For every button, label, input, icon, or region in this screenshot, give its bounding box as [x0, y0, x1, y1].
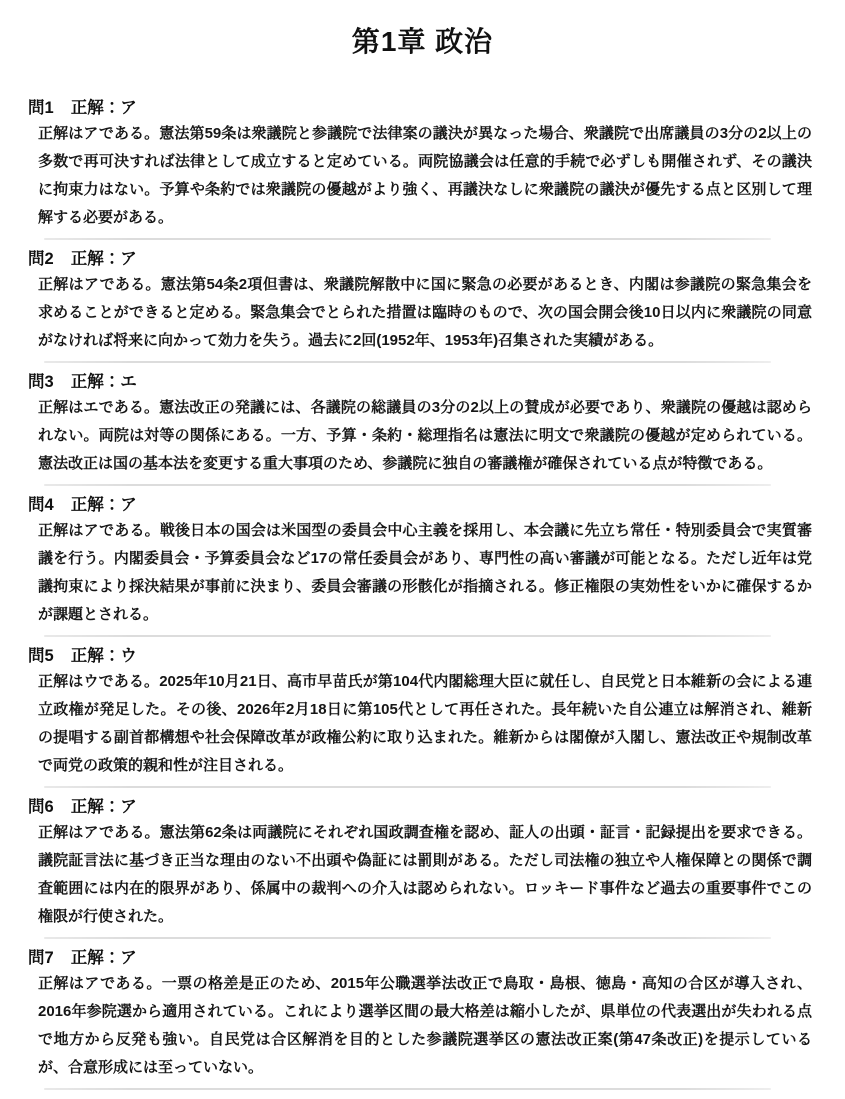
answer-label: 正解：ア — [71, 496, 137, 514]
answer-label: 正解：エ — [71, 373, 137, 391]
explanation-text: 正解はアである。戦後日本の国会は米国型の委員会中心主義を採用し、本会議に先立ち常… — [38, 517, 812, 629]
question-block-1: 問1正解：ア 正解はアである。憲法第59条は衆議院と参議院で法律案の議決が異なっ… — [0, 98, 845, 240]
section-divider — [44, 635, 771, 637]
question-header: 問4正解：ア — [28, 495, 845, 515]
question-number: 問6 — [28, 798, 54, 816]
question-block-5: 問5正解：ウ 正解はウである。2025年10月21日、高市早苗氏が第104代内閣… — [0, 646, 845, 788]
question-block-7: 問7正解：ア 正解はアである。一票の格差是正のため、2015年公職選挙法改正で鳥… — [0, 948, 845, 1090]
explanation-text: 正解はエである。憲法改正の発議には、各議院の総議員の3分の2以上の賛成が必要であ… — [38, 394, 812, 478]
question-header: 問1正解：ア — [28, 98, 845, 118]
section-divider — [44, 1088, 771, 1090]
answer-label: 正解：ア — [71, 99, 137, 117]
explanation-text: 正解はアである。憲法第62条は両議院にそれぞれ国政調査権を認め、証人の出頭・証言… — [38, 819, 812, 931]
question-block-2: 問2正解：ア 正解はアである。憲法第54条2項但書は、衆議院解散中に国に緊急の必… — [0, 249, 845, 363]
section-divider — [44, 361, 771, 363]
section-divider — [44, 937, 771, 939]
section-divider — [44, 238, 771, 240]
question-header: 問3正解：エ — [28, 372, 845, 392]
question-number: 問4 — [28, 496, 54, 514]
question-number: 問3 — [28, 373, 54, 391]
answer-key-page: 第1章 政治 問1正解：ア 正解はアである。憲法第59条は衆議院と参議院で法律案… — [0, 0, 845, 1099]
question-number: 問7 — [28, 949, 54, 967]
answer-label: 正解：ア — [71, 798, 137, 816]
question-block-3: 問3正解：エ 正解はエである。憲法改正の発議には、各議院の総議員の3分の2以上の… — [0, 372, 845, 486]
explanation-text: 正解はアである。憲法第54条2項但書は、衆議院解散中に国に緊急の必要があるとき、… — [38, 271, 812, 355]
chapter-title: 第1章 政治 — [0, 0, 845, 60]
question-number: 問2 — [28, 250, 54, 268]
question-header: 問5正解：ウ — [28, 646, 845, 666]
section-divider — [44, 786, 771, 788]
answer-label: 正解：ア — [71, 949, 137, 967]
question-number: 問5 — [28, 647, 54, 665]
question-block-4: 問4正解：ア 正解はアである。戦後日本の国会は米国型の委員会中心主義を採用し、本… — [0, 495, 845, 637]
question-header: 問7正解：ア — [28, 948, 845, 968]
question-header: 問2正解：ア — [28, 249, 845, 269]
answer-label: 正解：ウ — [71, 647, 137, 665]
explanation-text: 正解はアである。一票の格差是正のため、2015年公職選挙法改正で鳥取・島根、徳島… — [38, 970, 812, 1082]
question-number: 問1 — [28, 99, 54, 117]
question-list: 問1正解：ア 正解はアである。憲法第59条は衆議院と参議院で法律案の議決が異なっ… — [0, 98, 845, 1090]
explanation-text: 正解はウである。2025年10月21日、高市早苗氏が第104代内閣総理大臣に就任… — [38, 668, 812, 780]
question-block-6: 問6正解：ア 正解はアである。憲法第62条は両議院にそれぞれ国政調査権を認め、証… — [0, 797, 845, 939]
section-divider — [44, 484, 771, 486]
question-header: 問6正解：ア — [28, 797, 845, 817]
answer-label: 正解：ア — [71, 250, 137, 268]
explanation-text: 正解はアである。憲法第59条は衆議院と参議院で法律案の議決が異なった場合、衆議院… — [38, 120, 812, 232]
